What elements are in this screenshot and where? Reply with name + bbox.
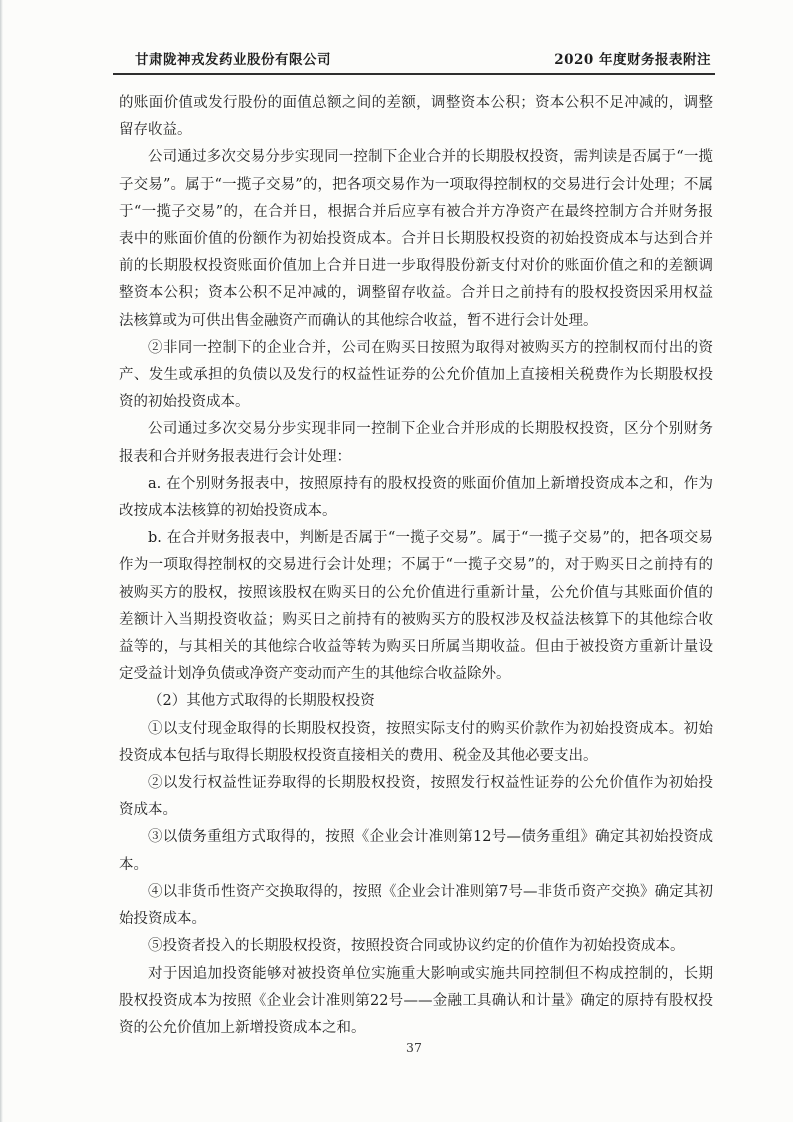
paragraph-section-other-methods: （2）其他方式取得的长期股权投资 xyxy=(119,688,713,715)
paragraph-item-4-non-monetary-exchange: ④以非货币性资产交换取得的，按照《企业会计准则第7号—非货币资产交换》确定其初始… xyxy=(119,879,713,933)
paragraph-item-2-equity-securities: ②以发行权益性证券取得的长期股权投资，按照发行权益性证券的公允价值作为初始投资成… xyxy=(119,770,713,824)
paragraph-step-acquisition-same-control: 公司通过多次交易分步实现同一控制下企业合并的长期股权投资，需判读是否属于“一揽子… xyxy=(119,144,713,334)
paragraph-step-acquisition-non-same-control: 公司通过多次交易分步实现非同一控制下企业合并形成的长期股权投资，区分个别财务报表… xyxy=(119,416,713,470)
header-doc-title: 2020 年度财务报表附注 xyxy=(554,48,715,68)
document-body: 的账面价值或发行股份的面值总额之间的差额，调整资本公积；资本公积不足冲减的，调整… xyxy=(119,90,713,1042)
paragraph-additional-investment: 对于因追加投资能够对被投资单位实施重大影响或实施共同控制但不构成控制的，长期股权… xyxy=(119,961,713,1043)
paragraph-item-b-consolidated-statements: b. 在合并财务报表中，判断是否属于“一揽子交易”。属于“一揽子交易”的，把各项… xyxy=(119,525,713,688)
page-footer: 37 xyxy=(113,1040,715,1055)
paragraph-continuation: 的账面价值或发行股份的面值总额之间的差额，调整资本公积；资本公积不足冲减的，调整… xyxy=(119,90,713,144)
paragraph-item-a-separate-statements: a. 在个别财务报表中，按照原持有的股权投资的账面价值加上新增投资成本之和，作为… xyxy=(119,471,713,525)
scan-edge-artifact xyxy=(0,0,3,1122)
paragraph-item-3-debt-restructuring: ③以债务重组方式取得的，按照《企业会计准则第12号—债务重组》确定其初始投资成本… xyxy=(119,824,713,878)
page-header: 甘肃陇神戎发药业股份有限公司 2020 年度财务报表附注 xyxy=(113,48,715,75)
paragraph-item-5-investor-contribution: ⑤投资者投入的长期股权投资，按照投资合同或协议约定的价值作为初始投资成本。 xyxy=(119,933,713,960)
header-company-name: 甘肃陇神戎发药业股份有限公司 xyxy=(113,48,331,68)
paragraph-item-1-cash: ①以支付现金取得的长期股权投资，按照实际支付的购买价款作为初始投资成本。初始投资… xyxy=(119,716,713,770)
paragraph-non-same-control-merger: ②非同一控制下的企业合并，公司在购买日按照为取得对被购买方的控制权而付出的资产、… xyxy=(119,335,713,417)
document-page: 甘肃陇神戎发药业股份有限公司 2020 年度财务报表附注 的账面价值或发行股份的… xyxy=(0,0,793,1122)
page-number: 37 xyxy=(406,1040,422,1055)
